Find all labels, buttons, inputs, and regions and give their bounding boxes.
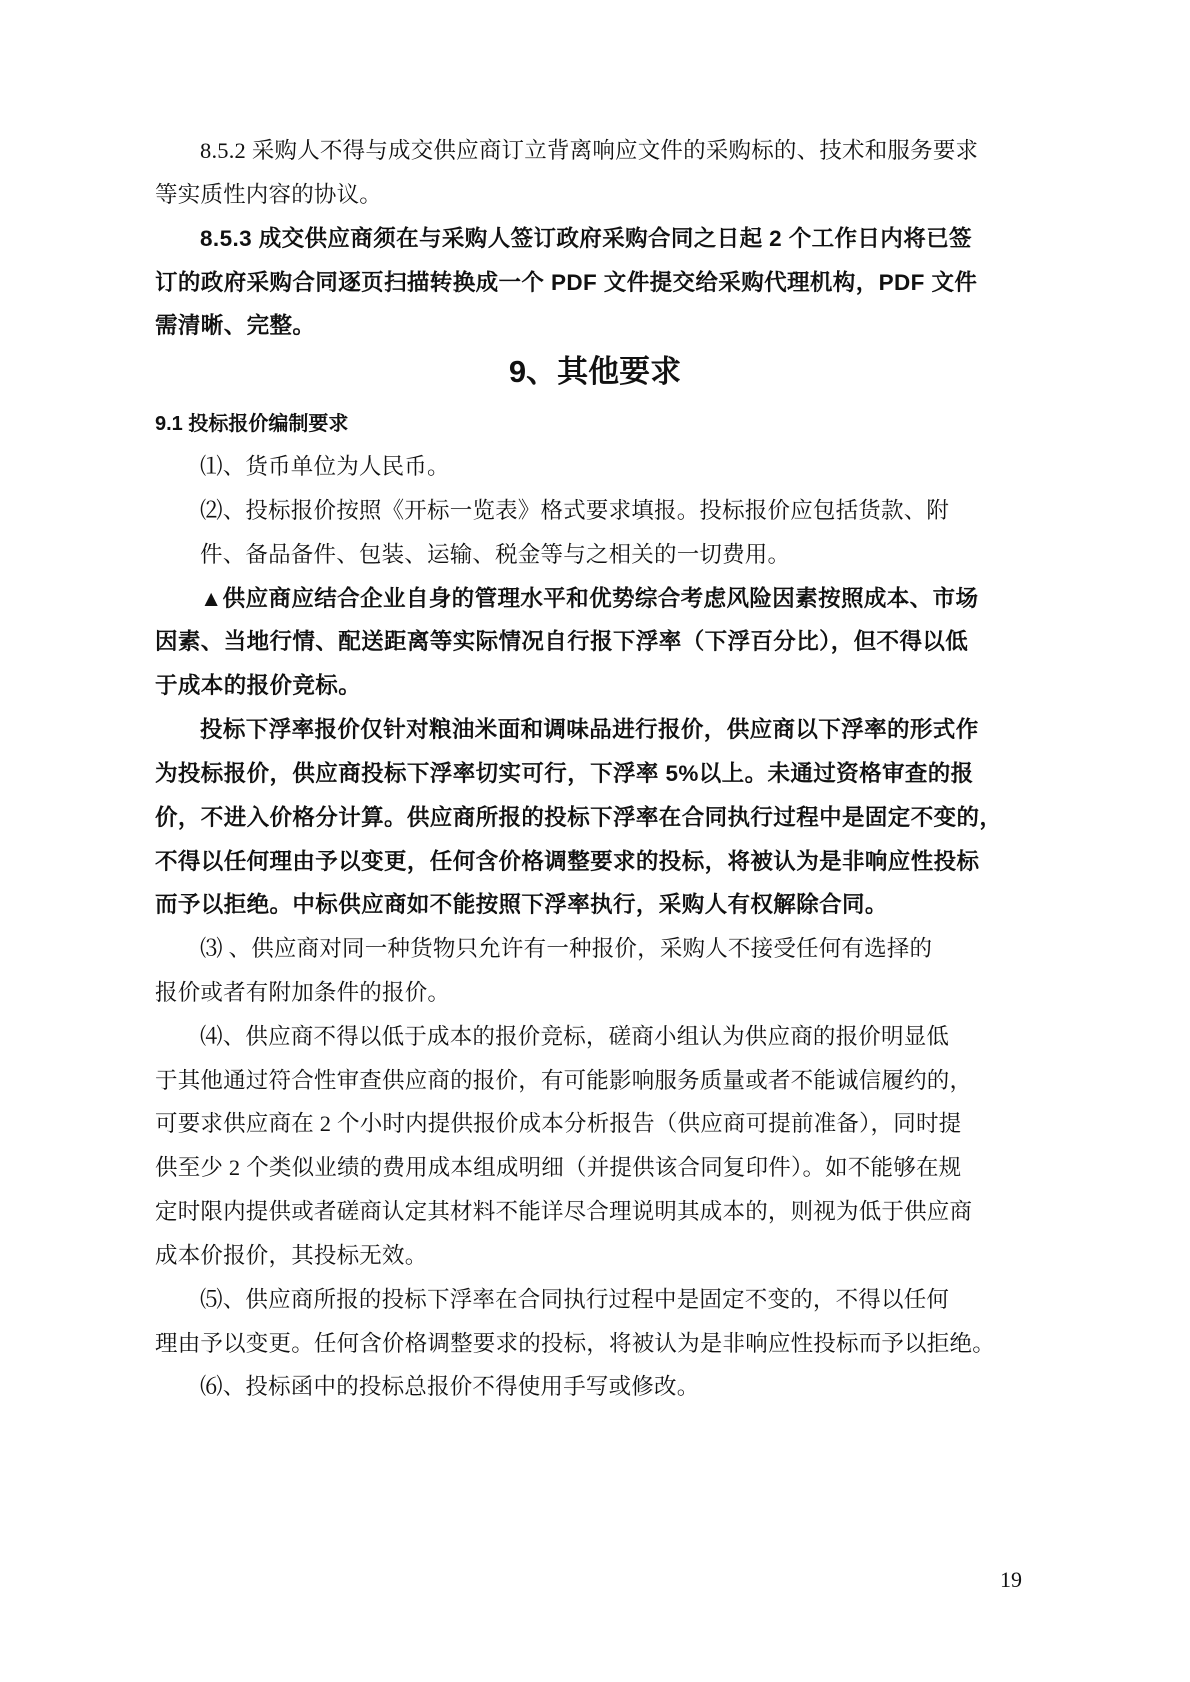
item-4-line-6: 成本价报价，其投标无效。 <box>155 1241 1025 1271</box>
notice-1-line-2: 因素、当地行情、配送距离等实际情况自行报下浮率（下浮百分比），但不得以低 <box>155 627 1025 657</box>
item-5-line-2: 理由予以变更。任何含价格调整要求的投标，将被认为是非响应性投标而予以拒绝。 <box>155 1329 1025 1359</box>
document-page: 8.5.2 采购人不得与成交供应商订立背离响应文件的采购标的、技术和服务要求 等… <box>0 0 1190 1682</box>
notice-2-line-3: 价，不进入价格分计算。供应商所报的投标下浮率在合同执行过程中是固定不变的， <box>155 803 1025 833</box>
clause-8-5-2-line-1: 8.5.2 采购人不得与成交供应商订立背离响应文件的采购标的、技术和服务要求 <box>200 136 1070 166</box>
item-3-line-2: 报价或者有附加条件的报价。 <box>155 978 1025 1008</box>
notice-1-line-3: 于成本的报价竞标。 <box>155 671 1025 701</box>
clause-8-5-2-line-2: 等实质性内容的协议。 <box>155 180 1025 210</box>
item-3-line-1: ⑶ 、供应商对同一种货物只允许有一种报价，采购人不接受任何有选择的 <box>200 934 1070 964</box>
page-number: 19 <box>1000 1566 1022 1594</box>
notice-2-line-1: 投标下浮率报价仅针对粮油米面和调味品进行报价，供应商以下浮率的形式作 <box>200 715 1070 745</box>
notice-2-line-2: 为投标报价，供应商投标下浮率切实可行，下浮率 5%以上。未通过资格审查的报 <box>155 759 1025 789</box>
notice-1-line-1: ▲供应商应结合企业自身的管理水平和优势综合考虑风险因素按照成本、市场 <box>200 584 1070 614</box>
item-4-line-2: 于其他通过符合性审查供应商的报价，有可能影响服务质量或者不能诚信履约的， <box>155 1066 1025 1096</box>
notice-2-line-5: 而予以拒绝。中标供应商如不能按照下浮率执行，采购人有权解除合同。 <box>155 890 1025 920</box>
item-2-line-1: ⑵、投标报价按照《开标一览表》格式要求填报。投标报价应包括货款、附 <box>200 496 1070 526</box>
item-4-line-5: 定时限内提供或者磋商认定其材料不能详尽合理说明其成本的，则视为低于供应商 <box>155 1197 1025 1227</box>
clause-8-5-3-line-2: 订的政府采购合同逐页扫描转换成一个 PDF 文件提交给采购代理机构，PDF 文件 <box>155 268 1025 298</box>
item-1: ⑴、货币单位为人民币。 <box>200 452 1070 482</box>
item-4-line-3: 可要求供应商在 2 个小时内提供报价成本分析报告（供应商可提前准备），同时提 <box>155 1109 1025 1139</box>
item-2-line-2: 件、备品备件、包装、运输、税金等与之相关的一切费用。 <box>200 540 1070 570</box>
section-heading: 9、其他要求 <box>0 352 1190 392</box>
item-4-line-4: 供至少 2 个类似业绩的费用成本组成明细（并提供该合同复印件）。如不能够在规 <box>155 1153 1025 1183</box>
clause-8-5-3-line-3: 需清晰、完整。 <box>155 311 1025 341</box>
clause-8-5-3-line-1: 8.5.3 成交供应商须在与采购人签订政府采购合同之日起 2 个工作日内将已签 <box>200 224 1070 254</box>
notice-2-line-4: 不得以任何理由予以变更，任何含价格调整要求的投标，将被认为是非响应性投标 <box>155 847 1025 877</box>
item-6: ⑹、投标函中的投标总报价不得使用手写或修改。 <box>200 1372 1070 1402</box>
subsection-heading: 9.1 投标报价编制要求 <box>155 410 348 438</box>
item-5-line-1: ⑸、供应商所报的投标下浮率在合同执行过程中是固定不变的，不得以任何 <box>200 1285 1070 1315</box>
item-4-line-1: ⑷、供应商不得以低于成本的报价竞标，磋商小组认为供应商的报价明显低 <box>200 1022 1070 1052</box>
